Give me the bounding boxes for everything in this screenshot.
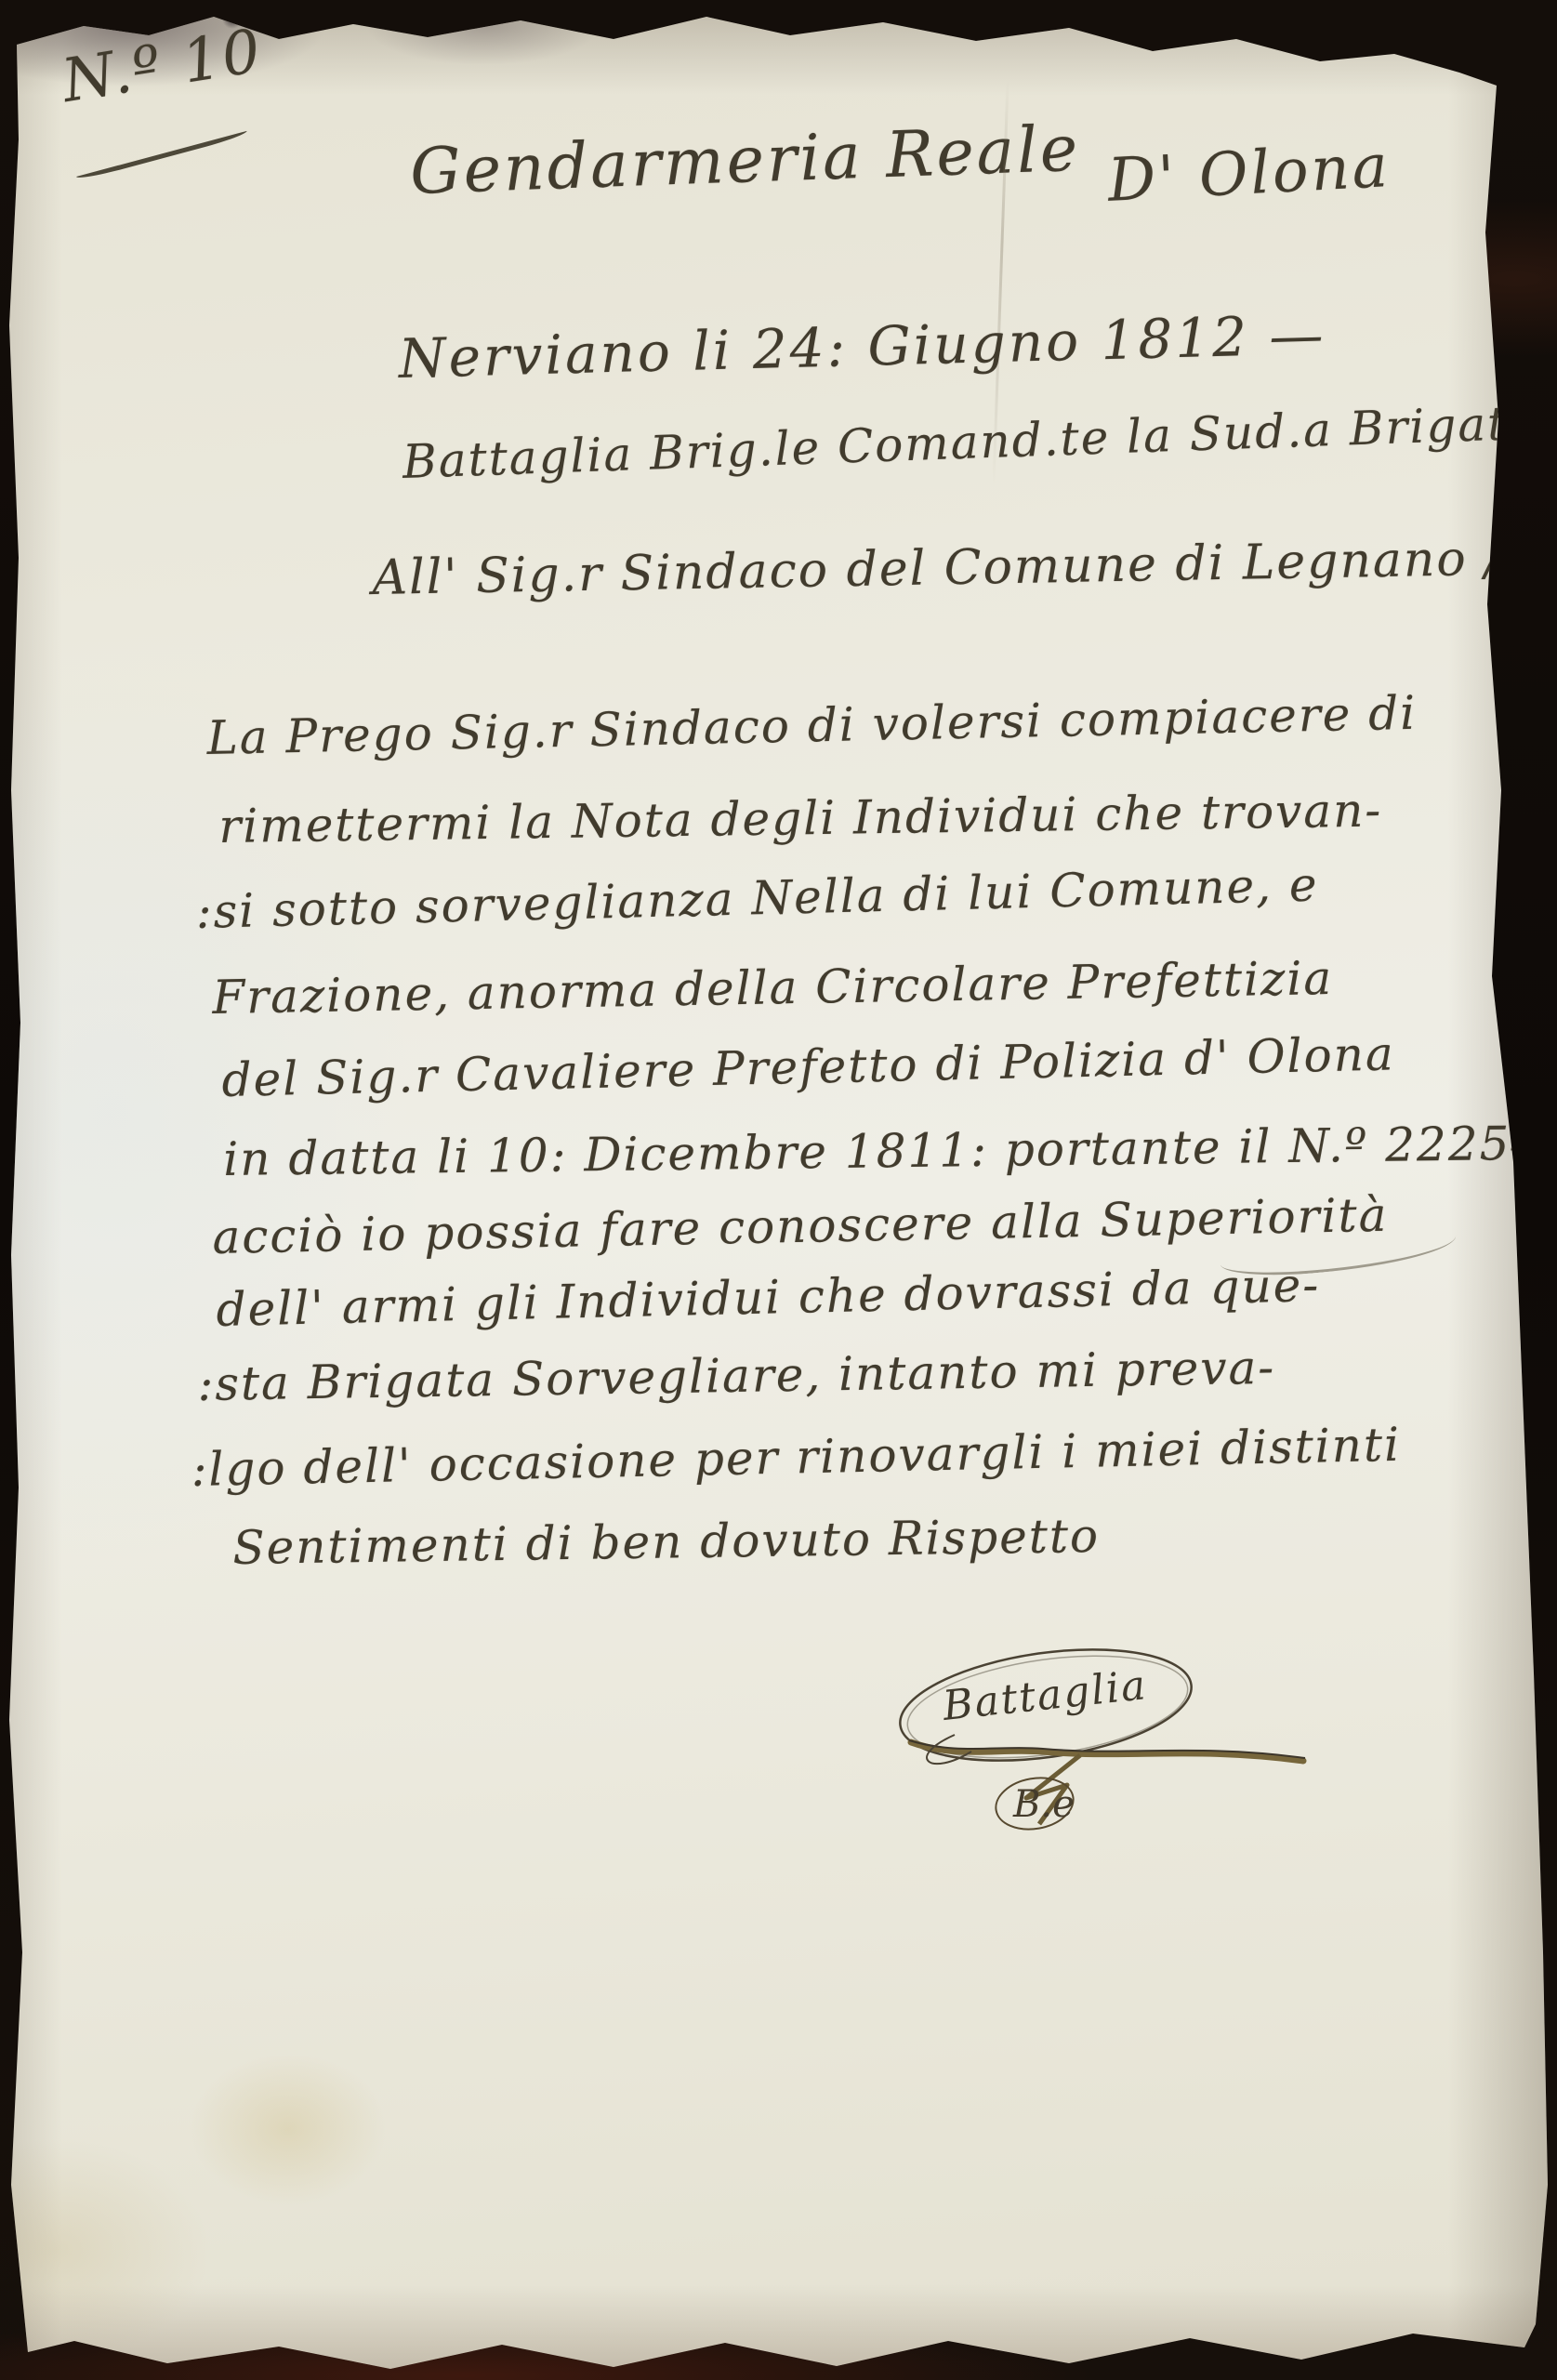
signature-paraph: B.e xyxy=(1012,1783,1075,1826)
body-line: del Sig.r Cavaliere Prefetto di Polizia … xyxy=(221,1026,1395,1107)
sender-line: Battaglia Brig.le Comand.te la Sud.a Bri… xyxy=(402,395,1538,489)
photo-backdrop: N.º 10 Gendarmeria Reale D' Olona Nervia… xyxy=(0,0,1557,2380)
margin-number: N.º 10 xyxy=(58,17,267,116)
body-line: acciò io possia fare conoscere alla Supe… xyxy=(212,1188,1389,1264)
body-line: :lgo dell' occasione per rinovargli i mi… xyxy=(191,1418,1402,1497)
body-line: rimettermi la Nota degli Individui che t… xyxy=(218,784,1383,853)
body-line: :sta Brigata Sorvegliare, intanto mi pre… xyxy=(197,1341,1276,1411)
dateline: Nerviano li 24: Giugno 1812 — xyxy=(398,303,1326,390)
header-place: D' Olona xyxy=(1106,132,1392,216)
body-line: Frazione, anorma della Circolare Prefett… xyxy=(212,951,1334,1025)
document-page: N.º 10 Gendarmeria Reale D' Olona Nervia… xyxy=(0,0,1557,2380)
body-line: :si sotto sorveglianza Nella di lui Comu… xyxy=(195,857,1319,938)
body-line: La Prego Sig.r Sindaco di volersi compia… xyxy=(206,686,1418,765)
body-line: dell' armi gli Individui che dovrassi da… xyxy=(216,1258,1321,1337)
signature-name: Battaglia xyxy=(940,1661,1150,1730)
body-line: in datta li 10: Dicembre 1811: portante … xyxy=(223,1117,1543,1186)
margin-number-flourish xyxy=(76,131,248,181)
header-title: Gendarmeria Reale xyxy=(409,112,1081,209)
signature: Battaglia B.e xyxy=(883,1638,1320,1838)
body-line: Sentimenti di ben dovuto Rispetto xyxy=(232,1509,1100,1575)
recipient-line: All' Sig.r Sindaco del Comune di Legnano… xyxy=(372,531,1503,606)
signature-oval-flourish: Battaglia B.e xyxy=(883,1638,1320,1838)
